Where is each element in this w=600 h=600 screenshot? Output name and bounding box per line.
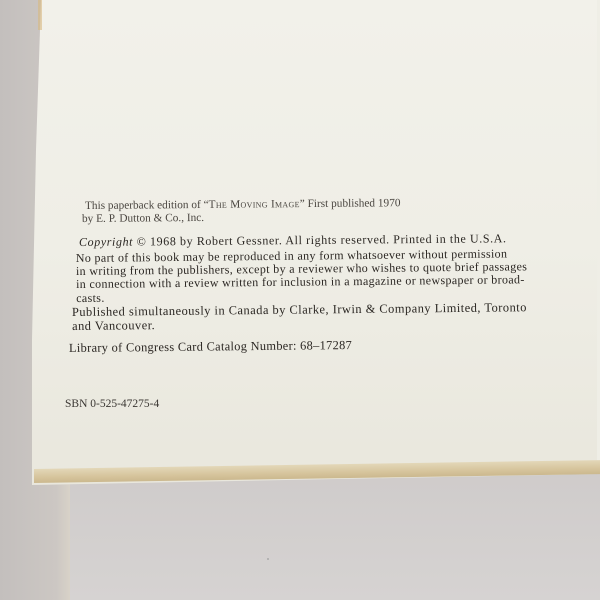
lccn-line: Library of Congress Card Catalog Number:… xyxy=(69,338,352,356)
book-title: The Moving Image xyxy=(209,198,300,211)
page-edge xyxy=(38,0,42,30)
speck xyxy=(267,558,269,560)
publisher-line: by E. P. Dutton & Co., Inc. xyxy=(82,212,204,225)
canada-publication: Published simultaneously in Canada by Cl… xyxy=(72,300,527,333)
sbn-line: SBN 0-525-47275-4 xyxy=(65,398,159,410)
rights-paragraph: No part of this book may be reproduced i… xyxy=(76,247,528,305)
